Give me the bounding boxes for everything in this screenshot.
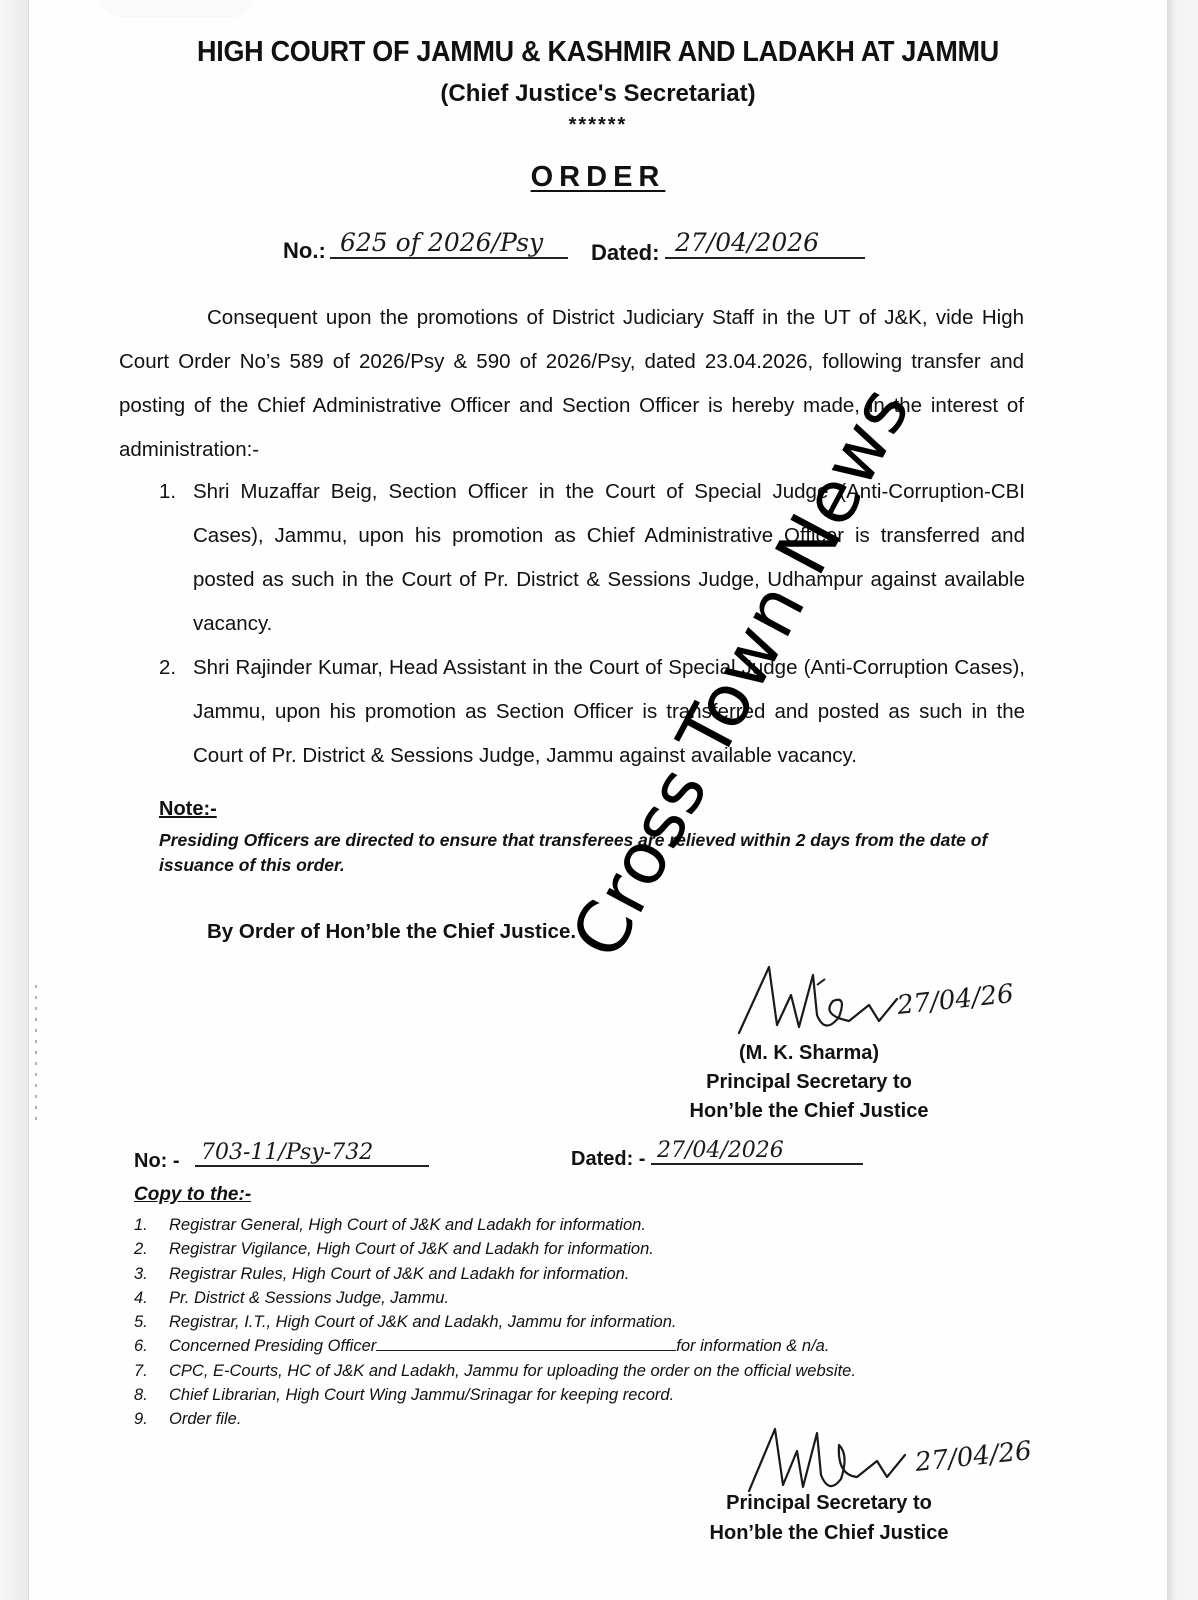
- signatory-designation: Principal Secretary to: [669, 1071, 949, 1094]
- copy-item-text: CPC, E-Courts, HC of J&K and Ladakh, Jam…: [169, 1359, 856, 1383]
- department-subheading: (Chief Justice's Secretariat): [29, 80, 1167, 108]
- scan-margin-marks: [35, 985, 37, 1125]
- endorsement-number-label: No: -: [134, 1150, 180, 1173]
- order-number-value: 625 of 2026/Psy: [330, 228, 568, 259]
- copy-item-text-suffix: for information & n/a.: [676, 1337, 829, 1355]
- endorsement-date-value: 27/04/2026: [651, 1138, 863, 1165]
- order-item: 1. Shri Muzaffar Beig, Section Officer i…: [159, 470, 1025, 646]
- item-text: Shri Muzaffar Beig, Section Officer in t…: [193, 470, 1025, 646]
- order-number-label: No.:: [283, 238, 326, 264]
- order-date-value: 27/04/2026: [665, 228, 865, 259]
- order-item: 2. Shri Rajinder Kumar, Head Assistant i…: [159, 646, 1025, 778]
- copy-item-text: Chief Librarian, High Court Wing Jammu/S…: [169, 1383, 674, 1407]
- copy-to-label: Copy to the:-: [134, 1184, 251, 1206]
- copy-item-text: Registrar Rules, High Court of J&K and L…: [169, 1262, 629, 1286]
- copy-item-number: 8.: [134, 1383, 162, 1407]
- order-title-text: ORDER: [531, 161, 666, 193]
- copy-item-number: 7.: [134, 1359, 162, 1383]
- intro-text: Consequent upon the promotions of Distri…: [119, 306, 1024, 461]
- copy-item-number: 3.: [134, 1262, 162, 1286]
- document-page: HIGH COURT OF JAMMU & KASHMIR AND LADAKH…: [29, 0, 1167, 1600]
- endorsement-number-value: 703-11/Psy-732: [195, 1140, 429, 1167]
- blank-fill-line: [376, 1336, 676, 1351]
- copy-item-text: Order file.: [169, 1407, 241, 1431]
- order-date-label: Dated:: [591, 240, 659, 266]
- note-label: Note:-: [159, 798, 217, 821]
- top-shadow-tab: [99, 0, 254, 16]
- right-frame-edge: [1167, 0, 1198, 1600]
- signatory-designation-line2: Hon’ble the Chief Justice: [669, 1100, 949, 1123]
- item-text: Shri Rajinder Kumar, Head Assistant in t…: [193, 646, 1025, 778]
- left-frame-edge: [0, 0, 29, 1600]
- copy-item-number: 9.: [134, 1407, 162, 1431]
- signatory-designation-line2: Hon’ble the Chief Justice: [689, 1522, 969, 1545]
- copy-item-number: 5.: [134, 1310, 162, 1334]
- copy-item-text: Registrar General, High Court of J&K and…: [169, 1213, 646, 1237]
- copy-item-text: Registrar, I.T., High Court of J&K and L…: [169, 1310, 676, 1334]
- item-number: 2.: [159, 646, 176, 690]
- copy-item-number: 4.: [134, 1286, 162, 1310]
- item-number: 1.: [159, 470, 176, 514]
- by-order-line: By Order of Hon’ble the Chief Justice.: [207, 920, 576, 944]
- copy-item-text: Concerned Presiding Officer: [169, 1337, 376, 1355]
- copy-item-number: 6.: [134, 1334, 162, 1358]
- court-name-heading: HIGH COURT OF JAMMU & KASHMIR AND LADAKH…: [69, 36, 1127, 69]
- copy-item-text: Registrar Vigilance, High Court of J&K a…: [169, 1237, 654, 1261]
- note-text: Presiding Officers are directed to ensur…: [159, 828, 1021, 878]
- signatory-name: (M. K. Sharma): [669, 1042, 949, 1065]
- copy-item-number: 1.: [134, 1213, 162, 1237]
- intro-paragraph: Consequent upon the promotions of Distri…: [119, 296, 1024, 472]
- signatory-designation: Principal Secretary to: [689, 1492, 969, 1515]
- order-title: ORDER: [29, 161, 1167, 194]
- endorsement-date-label: Dated: -: [571, 1148, 645, 1171]
- copy-item-text: Pr. District & Sessions Judge, Jammu.: [169, 1286, 449, 1310]
- copy-item-number: 2.: [134, 1237, 162, 1261]
- separator-stars: ******: [29, 114, 1167, 137]
